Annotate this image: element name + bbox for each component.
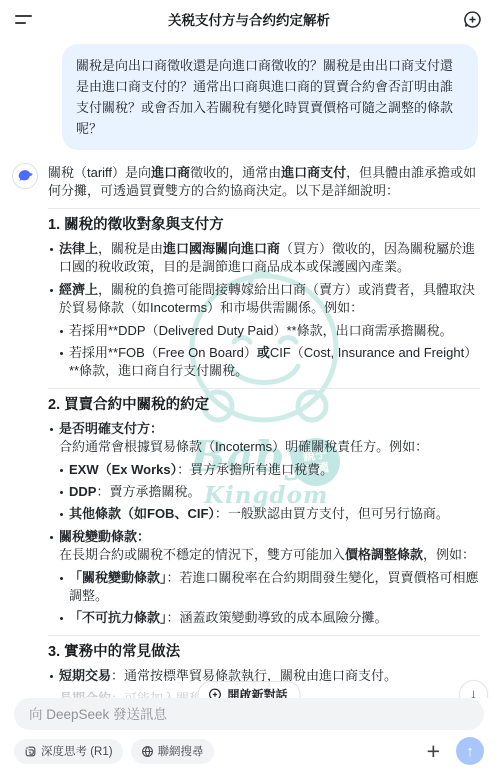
list-item: 經濟上，關稅的負擔可能間接轉嫁給出口商（賣方）或消費者，具體取決於貿易條款（如I…	[48, 281, 480, 317]
list-item: 關稅變動條款： 在長期合約或關稅不穩定的情況下，雙方可能加入價格調整條款，例如：	[48, 528, 480, 564]
page-title: 关税支付方与合约约定解析	[168, 9, 330, 29]
list-item: DDP：賣方承擔關稅。	[58, 483, 480, 501]
list-item: 法律上，關稅是由進口國海關向進口商（買方）徵收的，因為關稅屬於進口國的稅收政策，…	[48, 240, 480, 276]
list-item: EXW（Ex Works）：買方承擔所有進口稅費。	[58, 461, 480, 479]
assistant-intro: 關稅（tariff）是向進口商徵收的，通常由進口商支付，但具體由誰承擔或如何分攤…	[48, 164, 480, 200]
composer: 深度思考 (R1) 聯網搜尋 + ↑	[0, 698, 498, 768]
chat-area: Baby Kingdom 親子 王國 關稅是向出口商徵收還是向進口商徵收的？關稅…	[0, 38, 498, 768]
assistant-message: 關稅（tariff）是向進口商徵收的，通常由進口商支付，但具體由誰承擔或如何分攤…	[48, 162, 480, 713]
message-input[interactable]	[14, 698, 484, 730]
deepseek-whale-icon	[17, 169, 34, 183]
user-message-bubble: 關稅是向出口商徵收還是向進口商徵收的？關稅是由出口商支付還是由進口商支付的？通常…	[62, 44, 478, 150]
assistant-message-row: 關稅（tariff）是向進口商徵收的，通常由進口商支付，但具體由誰承擔或如何分攤…	[12, 162, 480, 713]
menu-icon[interactable]	[15, 15, 33, 24]
globe-icon	[141, 745, 154, 758]
list-item: 若採用**DDP（Delivered Duty Paid）**條款，出口商需承擔…	[58, 322, 480, 340]
divider	[48, 635, 480, 636]
composer-toolbar: 深度思考 (R1) 聯網搜尋 + ↑	[14, 738, 484, 764]
web-search-toggle[interactable]: 聯網搜尋	[131, 739, 214, 764]
up-arrow-icon: ↑	[466, 743, 474, 760]
list-item: 「不可抗力條款」：涵蓋政策變動導致的成本風險分攤。	[58, 609, 480, 627]
send-button[interactable]: ↑	[456, 737, 484, 765]
plus-icon: +	[427, 738, 440, 764]
section-heading-2: 2. 買賣合約中關稅的約定	[48, 396, 480, 414]
list-item: 其他條款（如FOB、CIF）：一般默認由買方支付，但可另行協商。	[58, 505, 480, 523]
attach-button[interactable]: +	[427, 740, 440, 763]
list-item: 是否明確支付方： 合約通常會根據貿易條款（Incoterms）明確關稅責任方。例…	[48, 420, 480, 456]
list-item: 「關稅變動條款」：若進口關稅率在合約期間發生變化，買賣價格可相應調整。	[58, 569, 480, 605]
divider	[48, 388, 480, 389]
deepthink-icon	[24, 745, 37, 758]
new-chat-icon[interactable]	[462, 9, 483, 30]
list-item: 若採用**FOB（Free On Board）或CIF（Cost, Insura…	[58, 344, 480, 380]
assistant-avatar	[12, 163, 38, 189]
deepthink-toggle[interactable]: 深度思考 (R1)	[14, 739, 123, 764]
section-heading-3: 3. 實務中的常見做法	[48, 643, 480, 661]
section-heading-1: 1. 關稅的徵收對象與支付方	[48, 216, 480, 234]
top-bar: 关税支付方与合约约定解析	[0, 0, 498, 38]
divider	[48, 208, 480, 209]
